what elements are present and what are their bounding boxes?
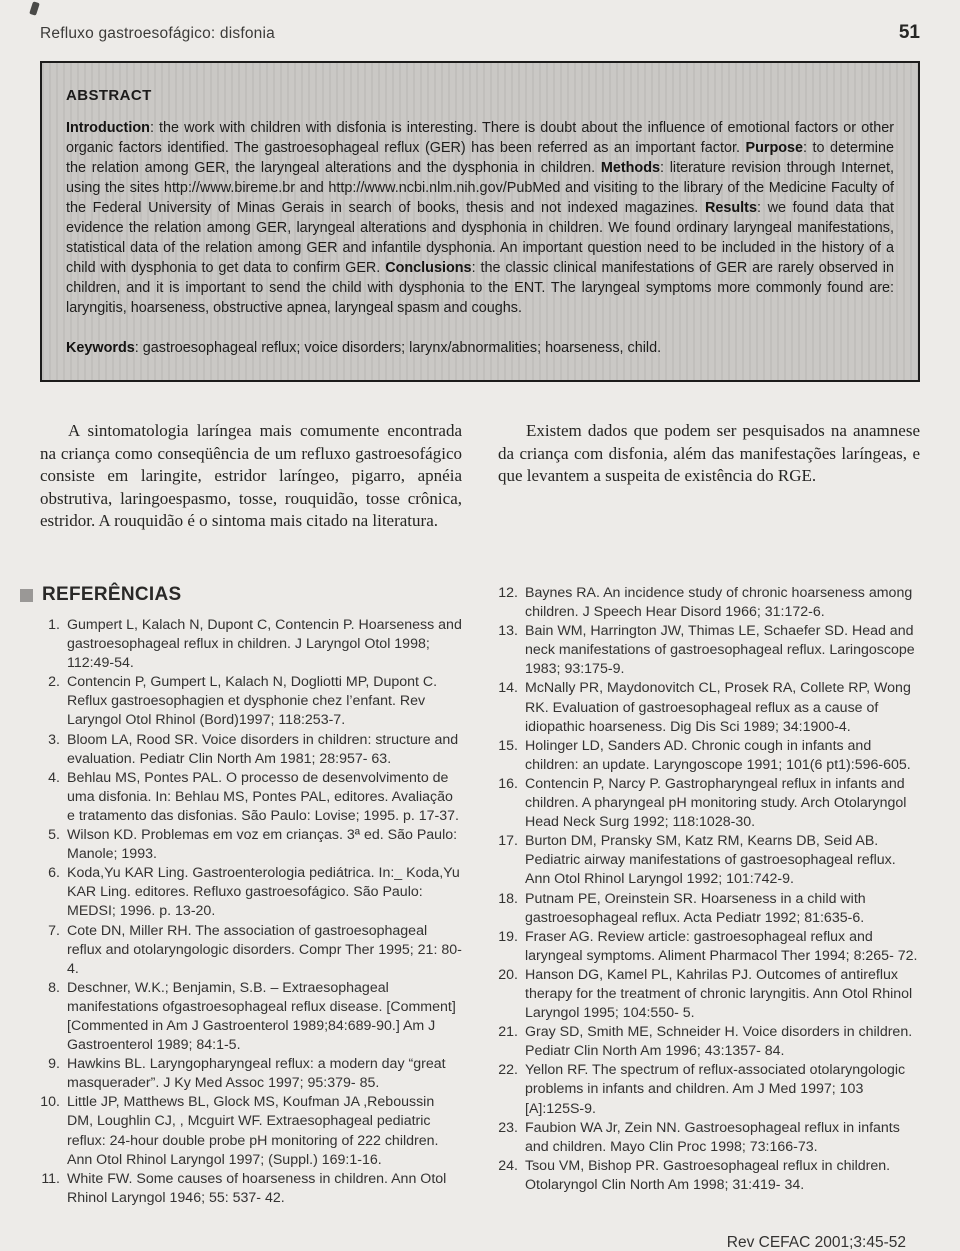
reference-item: 20.Hanson DG, Kamel PL, Kahrilas PJ. Out… [498,966,920,1023]
abstract-title: ABSTRACT [66,87,894,104]
reference-text: Holinger LD, Sanders AD. Chronic cough i… [525,737,920,775]
reference-text: Baynes RA. An incidence study of chronic… [525,584,920,622]
reference-item: 8.Deschner, W.K.; Benjamin, S.B. – Extra… [40,979,462,1055]
reference-text: Koda,Yu KAR Ling. Gastroenterologia pedi… [67,864,462,921]
reference-number: 19. [498,928,525,947]
reference-text: Contencin P, Narcy P. Gastropharyngeal r… [525,775,920,832]
reference-text: Wilson KD. Problemas em voz em crianças.… [67,826,462,864]
reference-item: 12.Baynes RA. An incidence study of chro… [498,584,920,622]
reference-number: 2. [40,673,67,692]
reference-item: 21.Gray SD, Smith ME, Schneider H. Voice… [498,1023,920,1061]
reference-item: 2.Contencin P, Gumpert L, Kalach N, Dogl… [40,673,462,730]
reference-item: 16.Contencin P, Narcy P. Gastropharyngea… [498,775,920,832]
scanned-paper-page: Refluxo gastroesofágico: disfonia 51 ABS… [0,0,960,1251]
reference-number: 3. [40,731,67,750]
reference-item: 18.Putnam PE, Oreinstein SR. Hoarseness … [498,890,920,928]
reference-item: 5.Wilson KD. Problemas em voz em criança… [40,826,462,864]
reference-text: Hawkins BL. Laryngopharyngeal reflux: a … [67,1055,462,1093]
abstract-segment-label: Conclusions [385,260,471,276]
reference-text: Behlau MS, Pontes PAL. O processo de des… [67,769,462,826]
reference-number: 11. [40,1170,67,1189]
abstract-segment-label: Results [705,200,757,216]
reference-item: 15.Holinger LD, Sanders AD. Chronic coug… [498,737,920,775]
body-columns: A sintomatologia laríngea mais comumente… [40,420,920,582]
reference-text: McNally PR, Maydonovitch CL, Prosek RA, … [525,679,920,736]
reference-item: 4.Behlau MS, Pontes PAL. O processo de d… [40,769,462,826]
reference-item: 6.Koda,Yu KAR Ling. Gastroenterologia pe… [40,864,462,921]
references-column-left: REFERÊNCIAS 1.Gumpert L, Kalach N, Dupon… [40,584,462,1208]
reference-number: 21. [498,1023,525,1042]
reference-text: Tsou VM, Bishop PR. Gastroesophageal ref… [525,1157,920,1195]
reference-text: Deschner, W.K.; Benjamin, S.B. – Extraes… [67,979,462,1055]
reference-text: Bloom LA, Rood SR. Voice disorders in ch… [67,731,462,769]
references-list-left: 1.Gumpert L, Kalach N, Dupont C, Contenc… [40,616,462,1208]
references-column-right: 12.Baynes RA. An incidence study of chro… [498,584,920,1208]
running-head-row: Refluxo gastroesofágico: disfonia 51 [40,22,920,44]
square-bullet-icon [20,589,33,602]
reference-text: Cote DN, Miller RH. The association of g… [67,922,462,979]
reference-number: 14. [498,679,525,698]
reference-text: Yellon RF. The spectrum of reflux-associ… [525,1061,920,1118]
reference-text: Gumpert L, Kalach N, Dupont C, Contencin… [67,616,462,673]
reference-item: 14.McNally PR, Maydonovitch CL, Prosek R… [498,679,920,736]
references-list-right: 12.Baynes RA. An incidence study of chro… [498,584,920,1195]
reference-text: Contencin P, Gumpert L, Kalach N, Doglio… [67,673,462,730]
abstract-text: Introduction: the work with children wit… [66,118,894,318]
body-column-left: A sintomatologia laríngea mais comumente… [40,420,462,582]
reference-number: 6. [40,864,67,883]
reference-number: 7. [40,922,67,941]
reference-number: 20. [498,966,525,985]
abstract-segment-label: Introduction [66,120,150,136]
reference-number: 13. [498,622,525,641]
reference-text: White FW. Some causes of hoarseness in c… [67,1170,462,1208]
reference-item: 13.Bain WM, Harrington JW, Thimas LE, Sc… [498,622,920,679]
reference-number: 8. [40,979,67,998]
page-number: 51 [899,22,920,44]
reference-text: Burton DM, Pransky SM, Katz RM, Kearns D… [525,832,920,889]
reference-item: 11.White FW. Some causes of hoarseness i… [40,1170,462,1208]
abstract-segment-label: Purpose [745,140,803,156]
reference-text: Faubion WA Jr, Zein NN. Gastroesophageal… [525,1119,920,1157]
reference-number: 23. [498,1119,525,1138]
reference-text: Fraser AG. Review article: gastroesophag… [525,928,920,966]
reference-number: 5. [40,826,67,845]
reference-number: 22. [498,1061,525,1080]
reference-text: Hanson DG, Kamel PL, Kahrilas PJ. Outcom… [525,966,920,1023]
reference-text: Little JP, Matthews BL, Glock MS, Koufma… [67,1093,462,1169]
reference-number: 16. [498,775,525,794]
reference-item: 9.Hawkins BL. Laryngopharyngeal reflux: … [40,1055,462,1093]
reference-number: 15. [498,737,525,756]
reference-number: 4. [40,769,67,788]
reference-item: 19.Fraser AG. Review article: gastroesop… [498,928,920,966]
abstract-box: ABSTRACT Introduction: the work with chi… [40,61,920,382]
running-head: Refluxo gastroesofágico: disfonia [40,25,275,43]
reference-number: 24. [498,1157,525,1176]
reference-item: 17.Burton DM, Pransky SM, Katz RM, Kearn… [498,832,920,889]
body-column-right: Existem dados que podem ser pesquisados … [498,420,920,582]
scan-artifact [29,1,40,16]
references-columns: REFERÊNCIAS 1.Gumpert L, Kalach N, Dupon… [40,584,920,1208]
reference-number: 18. [498,890,525,909]
abstract-segment-label: Methods [601,160,660,176]
keywords-label: Keywords [66,340,135,356]
reference-number: 17. [498,832,525,851]
keywords-text: : gastroesophageal reflux; voice disorde… [135,340,661,356]
references-heading-label: REFERÊNCIAS [42,584,181,606]
reference-number: 10. [40,1093,67,1112]
reference-text: Putnam PE, Oreinstein SR. Hoarseness in … [525,890,920,928]
body-paragraph-right: Existem dados que podem ser pesquisados … [498,420,920,488]
reference-item: 22.Yellon RF. The spectrum of reflux-ass… [498,1061,920,1118]
reference-item: 7.Cote DN, Miller RH. The association of… [40,922,462,979]
journal-footer: Rev CEFAC 2001;3:45-52 [40,1234,920,1251]
reference-text: Bain WM, Harrington JW, Thimas LE, Schae… [525,622,920,679]
reference-item: 1.Gumpert L, Kalach N, Dupont C, Contenc… [40,616,462,673]
reference-text: Gray SD, Smith ME, Schneider H. Voice di… [525,1023,920,1061]
reference-item: 3.Bloom LA, Rood SR. Voice disorders in … [40,731,462,769]
body-paragraph-left: A sintomatologia laríngea mais comumente… [40,420,462,533]
reference-item: 24.Tsou VM, Bishop PR. Gastroesophageal … [498,1157,920,1195]
reference-number: 1. [40,616,67,635]
reference-item: 23.Faubion WA Jr, Zein NN. Gastroesophag… [498,1119,920,1157]
keywords-line: Keywords: gastroesophageal reflux; voice… [66,338,894,358]
reference-number: 9. [40,1055,67,1074]
references-heading: REFERÊNCIAS [40,584,462,606]
reference-item: 10.Little JP, Matthews BL, Glock MS, Kou… [40,1093,462,1169]
reference-number: 12. [498,584,525,603]
